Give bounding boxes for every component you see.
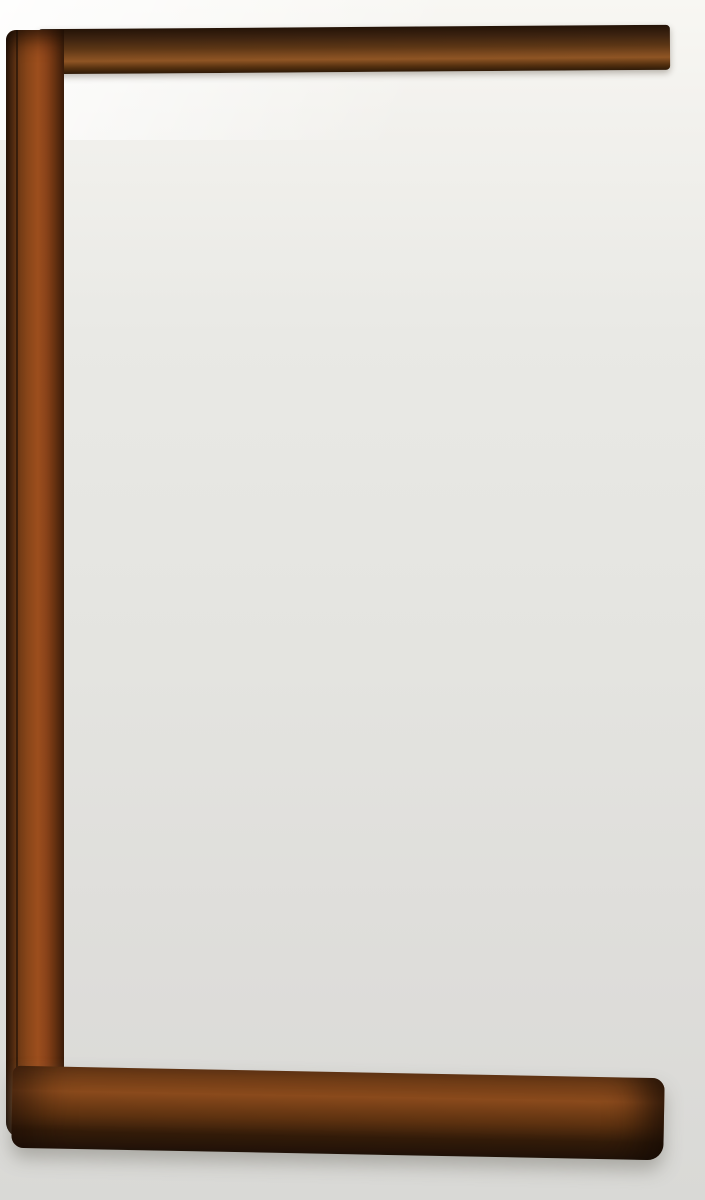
table-background (0, 0, 705, 1200)
page-gutter-shadow (638, 34, 676, 1164)
leather-groove (11, 30, 27, 1138)
book-cover-top-edge (38, 25, 670, 74)
book-cover-left-edge (6, 30, 64, 1138)
book-cover-bottom-edge (11, 1066, 664, 1161)
photo-scene: Myn dogter anna eliesa bet du Plesie is … (0, 0, 705, 1200)
